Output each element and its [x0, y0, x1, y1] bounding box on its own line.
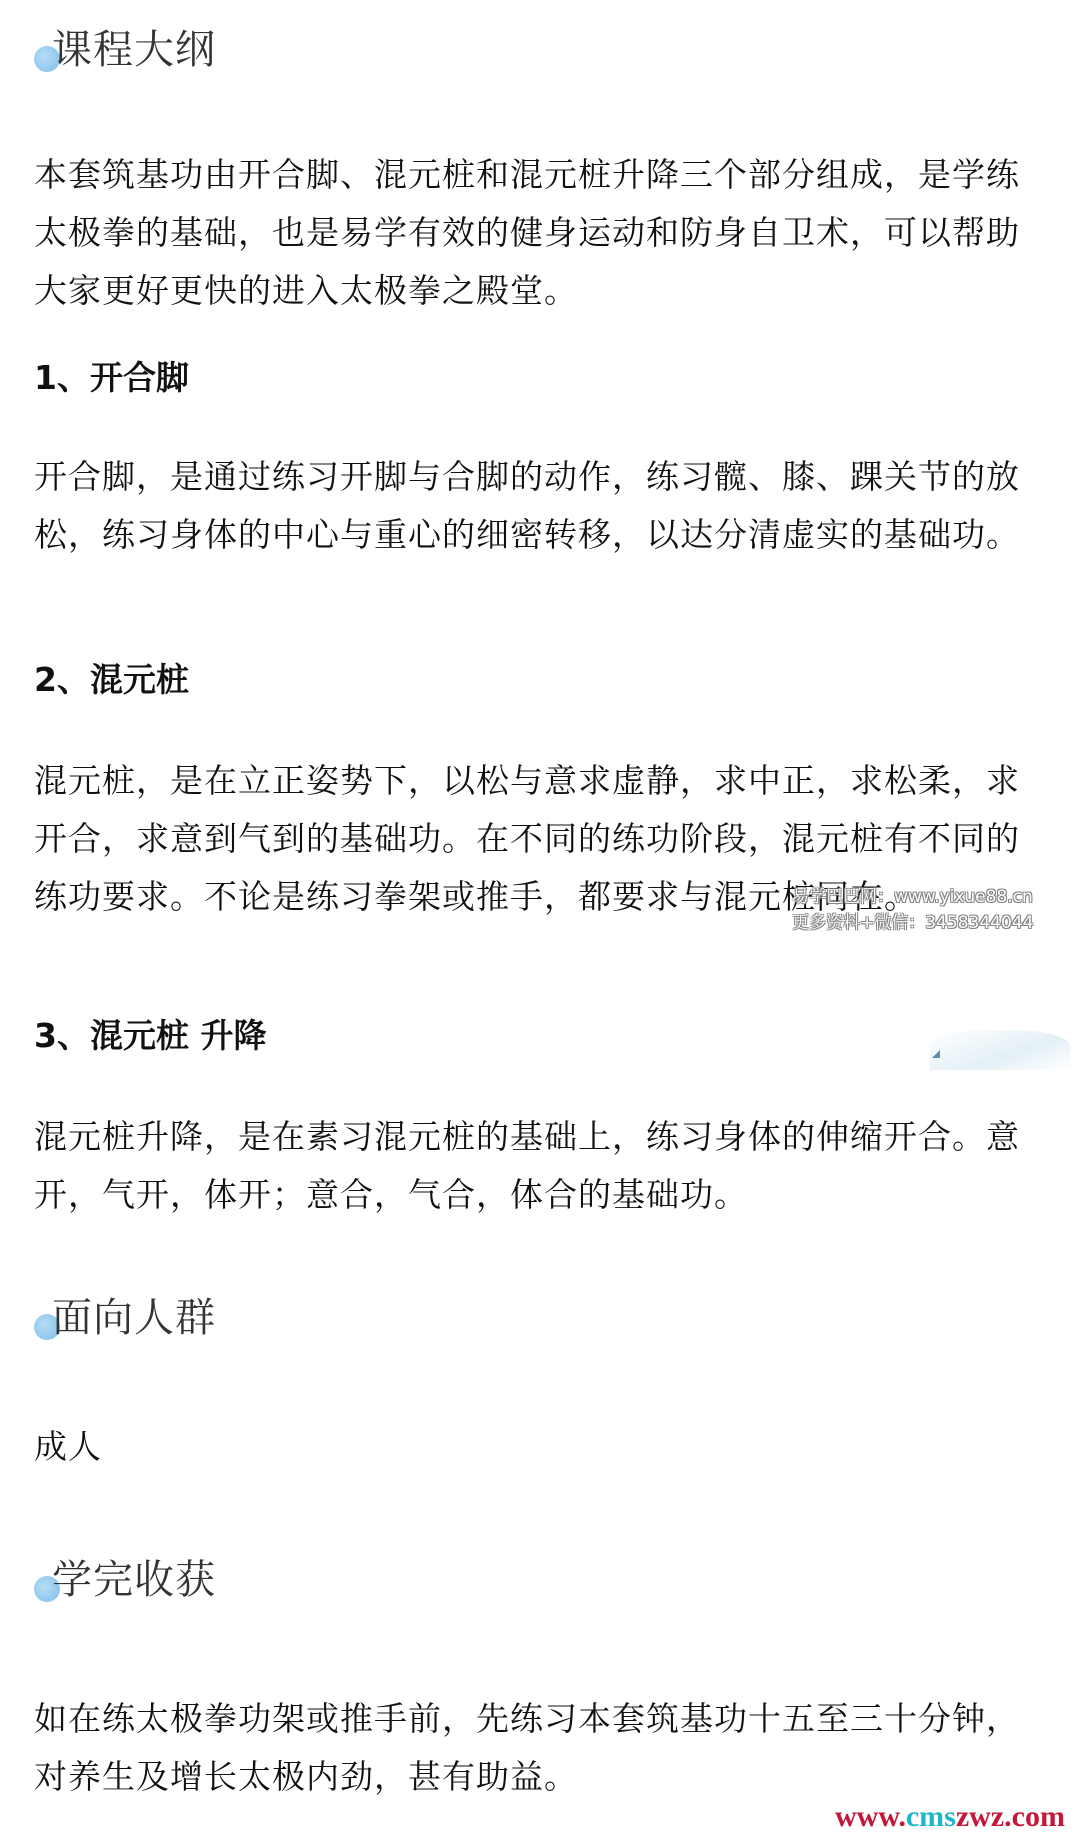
item-body-kaihejiao: 开合脚，是通过练习开脚与合脚的动作，练习髋、膝、踝关节的放松，练习身体的中心与重… — [34, 448, 1046, 564]
item-body-shengjiang: 混元桩升降，是在素习混元桩的基础上，练习身体的伸缩开合。意开，气开，体开；意合，… — [34, 1108, 1046, 1224]
item-heading-hunyuanzhuang: 2、混元桩 — [34, 658, 189, 702]
decorative-faded-shape — [930, 1030, 1070, 1070]
section-title-label: 课程大纲 — [34, 26, 216, 74]
watermark-url-part2: cms — [906, 1800, 956, 1833]
watermark-url-part3: zwz.com — [956, 1800, 1065, 1833]
outline-intro-paragraph: 本套筑基功由开合脚、混元桩和混元桩升降三个部分组成，是学练太极拳的基础，也是易学… — [34, 146, 1046, 320]
section-title-outline: 课程大纲 — [34, 26, 216, 74]
section-title-audience: 面向人群 — [34, 1294, 216, 1342]
watermark-url-part1: www. — [835, 1800, 906, 1833]
item-heading-shengjiang: 3、混元桩 升降 — [34, 1014, 266, 1058]
gains-body: 如在练太极拳功架或推手前，先练习本套筑基功十五至三十分钟，对养生及增长太极内劲，… — [34, 1690, 1046, 1806]
watermark-bottom-url: www.cmszwz.com — [835, 1800, 1065, 1834]
section-title-label: 学完收获 — [34, 1556, 216, 1604]
watermark-site-line: 易学巴巴网：www.yixue88.cn — [792, 884, 1033, 910]
watermark-site: 易学巴巴网：www.yixue88.cn 更多资料+微信：3458344044 — [792, 884, 1033, 936]
section-title-label: 面向人群 — [34, 1294, 216, 1342]
section-title-gains: 学完收获 — [34, 1556, 216, 1604]
item-heading-kaihejiao: 1、开合脚 — [34, 356, 189, 400]
watermark-contact-line: 更多资料+微信：3458344044 — [792, 910, 1033, 936]
audience-body: 成人 — [34, 1418, 1046, 1476]
